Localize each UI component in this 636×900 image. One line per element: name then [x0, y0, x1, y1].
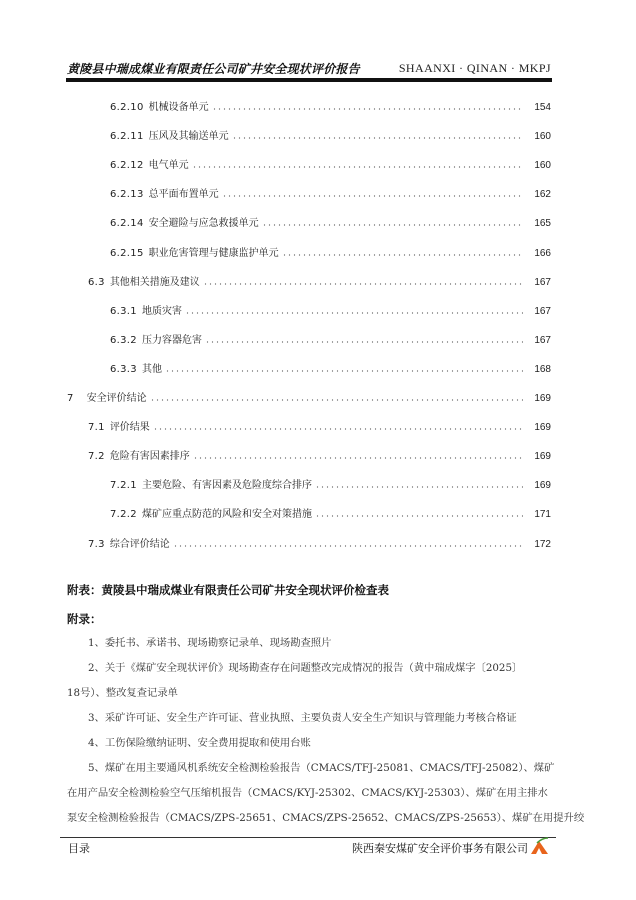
appendix-line: 泵安全检测检验报告（CMACS/ZPS-25651、CMACS/ZPS-2565…	[67, 806, 551, 830]
toc-entry-title: 压力容器危害	[142, 331, 202, 346]
toc-entry-page: 169	[529, 422, 551, 433]
toc-entry-page: 167	[529, 306, 551, 317]
toc-entry-title: 安全避险与应急救援单元	[149, 214, 259, 229]
appendix-table-title: 附表：黄陵县中瑞成煤业有限责任公司矿井安全现状评价检查表	[67, 582, 389, 598]
toc-entry-title: 其他相关措施及建议	[110, 273, 200, 288]
toc-entry-title: 机械设备单元	[149, 98, 209, 113]
toc-entry-page: 167	[529, 335, 551, 346]
toc-entry-page: 162	[529, 189, 551, 200]
toc-dot-leader	[282, 254, 523, 256]
toc-entry-number: 6.3.3	[110, 364, 137, 375]
toc-entry[interactable]: 6.3其他相关措施及建议167	[0, 272, 551, 288]
toc-entry-title: 安全评价结论	[87, 389, 147, 404]
toc-entry-page: 160	[529, 160, 551, 171]
toc-dot-leader	[222, 195, 523, 197]
toc-dot-leader	[153, 428, 523, 430]
toc-entry[interactable]: 6.2.15职业危害管理与健康监护单元166	[0, 243, 551, 259]
toc-dot-leader	[232, 137, 523, 139]
toc-entry-number: 7.2.1	[110, 480, 137, 491]
toc-entry[interactable]: 6.2.10机械设备单元154	[0, 97, 551, 113]
toc-entry[interactable]: 6.3.1地质灾害167	[0, 301, 551, 317]
toc-entry-title: 煤矿应重点防范的风险和安全对策措施	[142, 505, 312, 520]
header-report-title: 黄陵县中瑞成煤业有限责任公司矿井安全现状评价报告	[67, 60, 360, 77]
toc-entry[interactable]: 7.2危险有害因素排序169	[0, 446, 551, 462]
toc-dot-leader	[315, 515, 523, 517]
toc-entry-number: 7.2	[88, 451, 105, 462]
appendix-line: 1、委托书、承诺书、现场勘察记录单、现场勘查照片	[67, 631, 572, 655]
toc-dot-leader	[192, 166, 523, 168]
toc-entry[interactable]: 7.3综合评价结论172	[0, 534, 551, 550]
toc-entry-number: 6.2.15	[110, 248, 144, 259]
header-org-code: SHAANXI · QINAN · MKPJ	[399, 61, 551, 76]
toc-entry-page: 167	[529, 277, 551, 288]
toc-entry-number: 6.3.2	[110, 335, 137, 346]
toc-entry-page: 160	[529, 131, 551, 142]
toc-entry-page: 169	[529, 393, 551, 404]
toc-entry[interactable]: 7安全评价结论169	[0, 388, 551, 404]
footer-rule	[60, 837, 556, 838]
document-page: 黄陵县中瑞成煤业有限责任公司矿井安全现状评价报告 SHAANXI · QINAN…	[0, 0, 636, 900]
toc-entry-page: 154	[529, 102, 551, 113]
toc-entry-title: 综合评价结论	[110, 535, 170, 550]
toc-dot-leader	[315, 486, 523, 488]
toc-entry-page: 169	[529, 480, 551, 491]
toc-entry[interactable]: 7.2.2煤矿应重点防范的风险和安全对策措施171	[0, 504, 551, 520]
toc-entry-number: 6.2.14	[110, 218, 144, 229]
toc-entry[interactable]: 6.2.14安全避险与应急救援单元165	[0, 213, 551, 229]
toc-entry-page: 168	[529, 364, 551, 375]
header-rule	[66, 78, 552, 82]
toc-entry-number: 6.2.12	[110, 160, 144, 171]
toc-entry[interactable]: 6.2.11压风及其输送单元160	[0, 126, 551, 142]
appendix-title: 附录：	[67, 611, 102, 627]
appendix-line: 3、采矿许可证、安全生产许可证、营业执照、主要负责人安全生产知识与管理能力考核合…	[67, 706, 572, 730]
appendix-line: 2、关于《煤矿安全现状评价》现场勘查存在问题整改完成情况的报告（黄中瑞成煤字〔2…	[67, 656, 572, 680]
toc-entry-page: 166	[529, 248, 551, 259]
toc-entry-title: 评价结果	[110, 418, 150, 433]
toc-dot-leader	[173, 545, 523, 547]
toc-entry[interactable]: 7.1评价结果169	[0, 417, 551, 433]
toc-entry-title: 职业危害管理与健康监护单元	[149, 244, 279, 259]
toc-entry-title: 压风及其输送单元	[149, 127, 229, 142]
toc-dot-leader	[150, 399, 523, 401]
toc-entry-number: 7.1	[88, 422, 105, 433]
toc-entry-title: 地质灾害	[142, 302, 182, 317]
toc-entry[interactable]: 6.2.12电气单元160	[0, 155, 551, 171]
toc-entry-title: 总平面布置单元	[149, 185, 219, 200]
toc-dot-leader	[185, 312, 523, 314]
appendix-line: 5、煤矿在用主要通风机系统安全检测检验报告（CMACS/TFJ-25081、CM…	[67, 756, 572, 780]
toc-entry[interactable]: 6.3.2压力容器危害167	[0, 330, 551, 346]
toc-entry-page: 165	[529, 218, 551, 229]
toc-dot-leader	[203, 283, 523, 285]
toc-entry-page: 169	[529, 451, 551, 462]
toc-entry-number: 7	[67, 393, 74, 404]
footer-company-name: 陕西秦安煤矿安全评价事务有限公司	[352, 840, 528, 856]
toc-entry-number: 6.2.11	[110, 131, 144, 142]
appendix-line: 18号）、整改复查记录单	[67, 681, 551, 705]
toc-entry[interactable]: 6.3.3其他168	[0, 359, 551, 375]
toc-entry-number: 7.3	[88, 539, 105, 550]
toc-entry-title: 危险有害因素排序	[110, 447, 190, 462]
toc-entry-title: 电气单元	[149, 156, 189, 171]
toc-entry-page: 171	[529, 509, 551, 520]
toc-entry[interactable]: 6.2.13总平面布置单元162	[0, 184, 551, 200]
company-logo-icon	[528, 837, 550, 855]
toc-entry-number: 6.3	[88, 277, 105, 288]
toc-dot-leader	[262, 224, 523, 226]
footer-section-label: 目录	[68, 840, 90, 856]
toc-dot-leader	[165, 370, 523, 372]
toc-entry-title: 其他	[142, 360, 162, 375]
toc-dot-leader	[193, 457, 523, 459]
toc-entry-number: 6.3.1	[110, 306, 137, 317]
toc-entry-number: 6.2.10	[110, 102, 144, 113]
appendix-line: 在用产品安全检测检验空气压缩机报告（CMACS/KYJ-25302、CMACS/…	[67, 781, 551, 805]
toc-entry-page: 172	[529, 539, 551, 550]
toc-entry-number: 7.2.2	[110, 509, 137, 520]
toc-entry[interactable]: 7.2.1主要危险、有害因素及危险度综合排序169	[0, 475, 551, 491]
toc-entry-number: 6.2.13	[110, 189, 144, 200]
appendix-line: 4、工伤保险缴纳证明、安全费用提取和使用台账	[67, 731, 572, 755]
toc-entry-title: 主要危险、有害因素及危险度综合排序	[142, 476, 312, 491]
toc-dot-leader	[212, 108, 523, 110]
toc-dot-leader	[205, 341, 523, 343]
